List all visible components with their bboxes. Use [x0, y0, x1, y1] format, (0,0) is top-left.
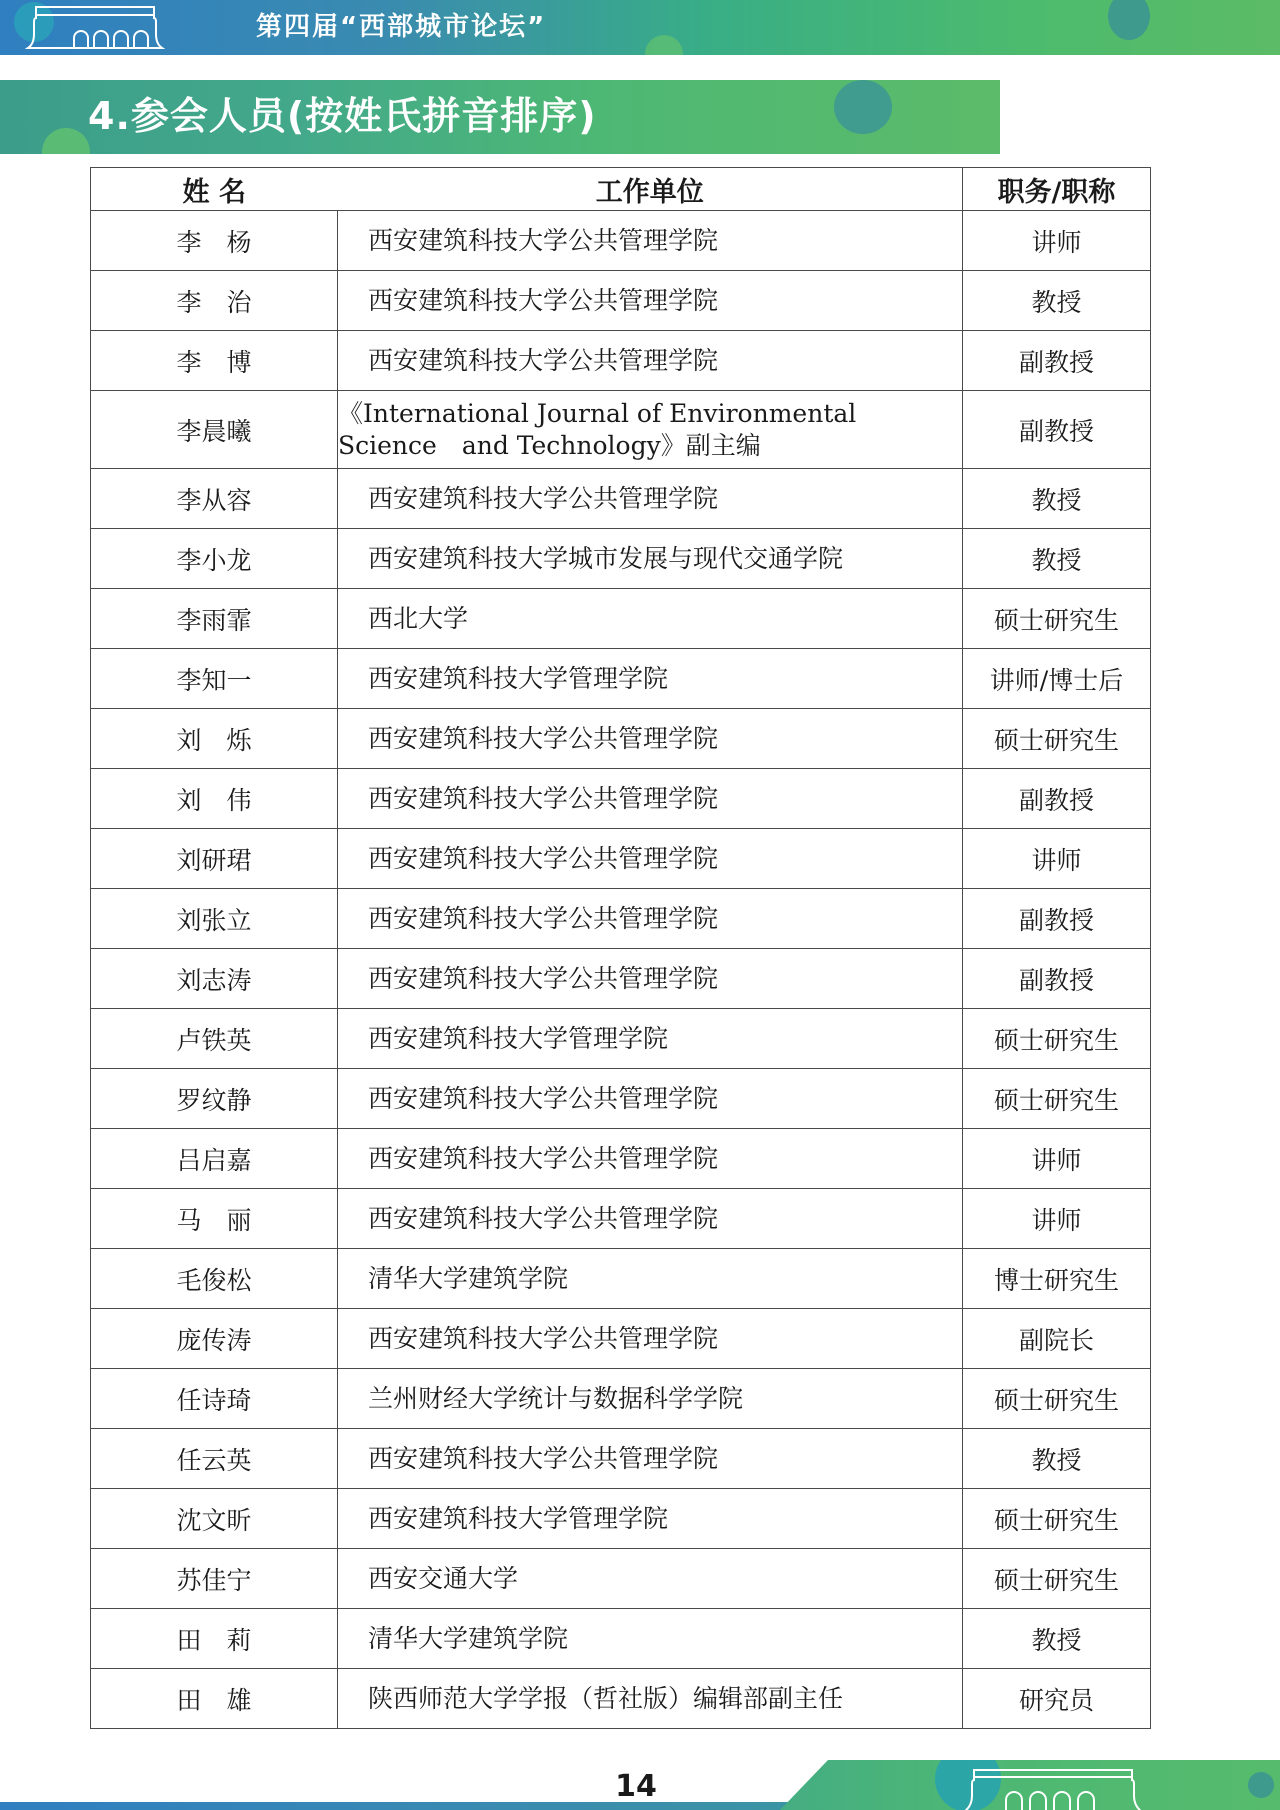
- participant-unit: 西安建筑科技大学公共管理学院: [338, 1129, 963, 1189]
- participant-unit: 西安建筑科技大学公共管理学院: [338, 469, 963, 529]
- participant-title: 副教授: [963, 949, 1151, 1009]
- participant-name: 刘志涛: [91, 949, 338, 1009]
- table-row: 苏佳宁西安交通大学硕士研究生: [91, 1549, 1151, 1609]
- participant-name: 李知一: [91, 649, 338, 709]
- participant-unit: 西安建筑科技大学公共管理学院: [338, 1069, 963, 1129]
- table-header-row: 姓 名 工作单位 职务/职称: [91, 168, 1151, 211]
- participant-name: 刘张立: [91, 889, 338, 949]
- table-row: 刘张立西安建筑科技大学公共管理学院副教授: [91, 889, 1151, 949]
- table-row: 李雨霏西北大学硕士研究生: [91, 589, 1151, 649]
- participants-table-container: 姓 名 工作单位 职务/职称 李 杨西安建筑科技大学公共管理学院讲师 李 治西安…: [90, 167, 1150, 1729]
- page-number: 14: [596, 1769, 676, 1804]
- participant-title: 讲师: [963, 1129, 1151, 1189]
- participant-title: 教授: [963, 529, 1151, 589]
- participant-name: 田 莉: [91, 1609, 338, 1669]
- participant-name: 庞传涛: [91, 1309, 338, 1369]
- participant-title: 教授: [963, 1609, 1151, 1669]
- table-row: 李小龙西安建筑科技大学城市发展与现代交通学院教授: [91, 529, 1151, 589]
- participant-title: 硕士研究生: [963, 1549, 1151, 1609]
- table-row: 任诗琦兰州财经大学统计与数据科学学院硕士研究生: [91, 1369, 1151, 1429]
- table-row: 田 雄陕西师范大学学报（哲社版）编辑部副主任研究员: [91, 1669, 1151, 1729]
- participant-name: 任云英: [91, 1429, 338, 1489]
- participant-title: 副院长: [963, 1309, 1151, 1369]
- participant-unit: 西安建筑科技大学公共管理学院: [338, 769, 963, 829]
- participant-title: 副教授: [963, 889, 1151, 949]
- participant-name: 任诗琦: [91, 1369, 338, 1429]
- participant-unit: 西安建筑科技大学公共管理学院: [338, 1189, 963, 1249]
- participant-unit: 西安建筑科技大学管理学院: [338, 1489, 963, 1549]
- participant-unit: 西安建筑科技大学管理学院: [338, 649, 963, 709]
- participant-title: 副教授: [963, 331, 1151, 391]
- participant-unit: 陕西师范大学学报（哲社版）编辑部副主任: [338, 1669, 963, 1729]
- participant-unit: 西安建筑科技大学公共管理学院: [338, 1309, 963, 1369]
- section-banner: 4.参会人员(按姓氏拼音排序): [0, 80, 1000, 154]
- participant-unit: 西安交通大学: [338, 1549, 963, 1609]
- table-row: 卢铁英西安建筑科技大学管理学院硕士研究生: [91, 1009, 1151, 1069]
- participant-title: 教授: [963, 1429, 1151, 1489]
- participant-title: 副教授: [963, 391, 1151, 469]
- participant-name: 李 治: [91, 271, 338, 331]
- table-row: 李从容西安建筑科技大学公共管理学院教授: [91, 469, 1151, 529]
- participant-name: 刘 伟: [91, 769, 338, 829]
- table-row: 刘研珺西安建筑科技大学公共管理学院讲师: [91, 829, 1151, 889]
- table-row: 李 杨西安建筑科技大学公共管理学院讲师: [91, 211, 1151, 271]
- decorative-circle: [834, 80, 892, 134]
- column-header-title: 职务/职称: [963, 168, 1151, 211]
- table-row: 刘志涛西安建筑科技大学公共管理学院副教授: [91, 949, 1151, 1009]
- participant-unit: 《International Journal of Environmental …: [338, 391, 963, 469]
- participant-name: 罗纹静: [91, 1069, 338, 1129]
- participant-name: 苏佳宁: [91, 1549, 338, 1609]
- participant-name: 毛俊松: [91, 1249, 338, 1309]
- table-row: 李 治西安建筑科技大学公共管理学院教授: [91, 271, 1151, 331]
- table-row: 李晨曦《International Journal of Environment…: [91, 391, 1151, 469]
- participant-title: 副教授: [963, 769, 1151, 829]
- participant-unit: 清华大学建筑学院: [338, 1609, 963, 1669]
- participant-title: 研究员: [963, 1669, 1151, 1729]
- forum-title: 第四届“西部城市论坛”: [256, 8, 546, 46]
- participant-name: 李小龙: [91, 529, 338, 589]
- participant-name: 李雨霏: [91, 589, 338, 649]
- participant-unit: 西安建筑科技大学管理学院: [338, 1009, 963, 1069]
- participant-name: 卢铁英: [91, 1009, 338, 1069]
- participant-unit: 西安建筑科技大学公共管理学院: [338, 331, 963, 391]
- participant-title: 硕士研究生: [963, 1489, 1151, 1549]
- decorative-circle: [1248, 1772, 1274, 1798]
- table-row: 马 丽西安建筑科技大学公共管理学院讲师: [91, 1189, 1151, 1249]
- decorative-circle: [645, 35, 683, 55]
- participant-name: 刘 烁: [91, 709, 338, 769]
- table-row: 刘 伟西安建筑科技大学公共管理学院副教授: [91, 769, 1151, 829]
- participant-unit: 兰州财经大学统计与数据科学学院: [338, 1369, 963, 1429]
- table-row: 庞传涛西安建筑科技大学公共管理学院副院长: [91, 1309, 1151, 1369]
- participant-title: 讲师: [963, 829, 1151, 889]
- participant-unit: 西安建筑科技大学公共管理学院: [338, 829, 963, 889]
- table-row: 罗纹静西安建筑科技大学公共管理学院硕士研究生: [91, 1069, 1151, 1129]
- participant-unit: 西安建筑科技大学公共管理学院: [338, 889, 963, 949]
- table-row: 沈文昕西安建筑科技大学管理学院硕士研究生: [91, 1489, 1151, 1549]
- participant-name: 刘研珺: [91, 829, 338, 889]
- participant-name: 沈文昕: [91, 1489, 338, 1549]
- participant-unit: 西安建筑科技大学城市发展与现代交通学院: [338, 529, 963, 589]
- table-row: 吕启嘉西安建筑科技大学公共管理学院讲师: [91, 1129, 1151, 1189]
- decorative-circle: [1108, 0, 1150, 40]
- column-header-unit: 工作单位: [338, 168, 963, 211]
- participant-title: 教授: [963, 469, 1151, 529]
- participant-unit: 西安建筑科技大学公共管理学院: [338, 1429, 963, 1489]
- participant-title: 硕士研究生: [963, 589, 1151, 649]
- table-row: 李 博西安建筑科技大学公共管理学院副教授: [91, 331, 1151, 391]
- participant-name: 李 杨: [91, 211, 338, 271]
- participant-title: 讲师/博士后: [963, 649, 1151, 709]
- participant-unit: 西北大学: [338, 589, 963, 649]
- participant-title: 教授: [963, 271, 1151, 331]
- city-gate-icon: [960, 1766, 1146, 1810]
- participant-name: 马 丽: [91, 1189, 338, 1249]
- city-gate-icon: [24, 4, 166, 50]
- decorative-circle: [42, 128, 90, 154]
- table-row: 田 莉清华大学建筑学院教授: [91, 1609, 1151, 1669]
- participant-unit: 西安建筑科技大学公共管理学院: [338, 709, 963, 769]
- participant-unit: 西安建筑科技大学公共管理学院: [338, 271, 963, 331]
- participant-title: 博士研究生: [963, 1249, 1151, 1309]
- column-header-name: 姓 名: [91, 168, 338, 211]
- participants-table: 姓 名 工作单位 职务/职称 李 杨西安建筑科技大学公共管理学院讲师 李 治西安…: [90, 167, 1151, 1729]
- participant-unit: 西安建筑科技大学公共管理学院: [338, 949, 963, 1009]
- participant-unit: 清华大学建筑学院: [338, 1249, 963, 1309]
- participant-title: 硕士研究生: [963, 1009, 1151, 1069]
- participant-name: 李晨曦: [91, 391, 338, 469]
- table-row: 刘 烁西安建筑科技大学公共管理学院硕士研究生: [91, 709, 1151, 769]
- participant-title: 硕士研究生: [963, 709, 1151, 769]
- participant-name: 李 博: [91, 331, 338, 391]
- participant-unit: 西安建筑科技大学公共管理学院: [338, 211, 963, 271]
- participant-title: 讲师: [963, 211, 1151, 271]
- participant-title: 讲师: [963, 1189, 1151, 1249]
- section-title: 4.参会人员(按姓氏拼音排序): [88, 90, 597, 142]
- participant-name: 李从容: [91, 469, 338, 529]
- participant-name: 田 雄: [91, 1669, 338, 1729]
- footer-green-band: [780, 1760, 1280, 1810]
- participant-title: 硕士研究生: [963, 1369, 1151, 1429]
- participant-name: 吕启嘉: [91, 1129, 338, 1189]
- top-banner: 第四届“西部城市论坛”: [0, 0, 1280, 55]
- table-row: 毛俊松清华大学建筑学院博士研究生: [91, 1249, 1151, 1309]
- participant-title: 硕士研究生: [963, 1069, 1151, 1129]
- table-row: 任云英西安建筑科技大学公共管理学院教授: [91, 1429, 1151, 1489]
- table-row: 李知一西安建筑科技大学管理学院讲师/博士后: [91, 649, 1151, 709]
